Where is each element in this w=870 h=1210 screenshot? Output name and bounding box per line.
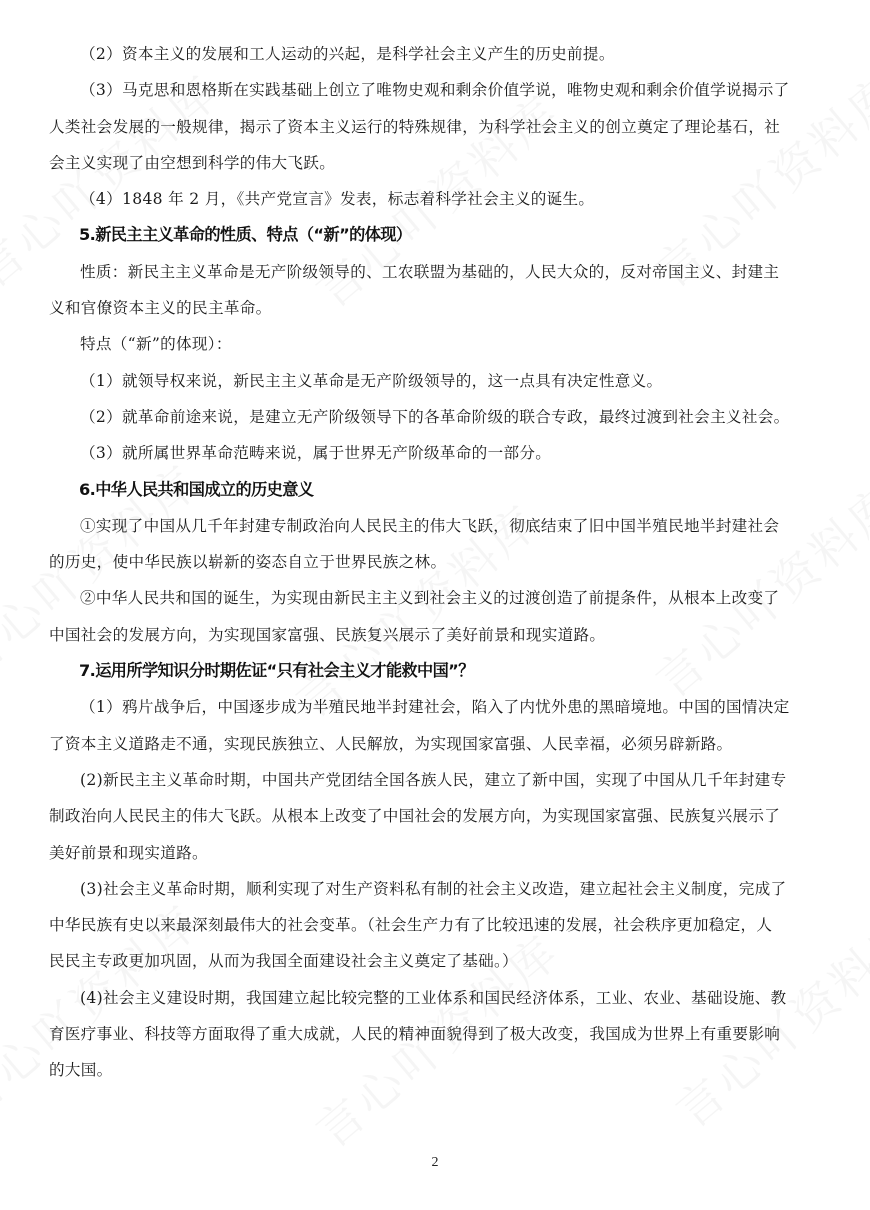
text-line: (4)社会主义建设时期，我国建立起比较完整的工业体系和国民经济体系，工业、农业、…: [49, 980, 811, 1016]
paragraph-significance-2: ②中华人民共和国的诞生，为实现由新民主主义到社会主义的过渡创造了前提条件，从根本…: [49, 580, 811, 653]
text-line: （4）1848 年 2 月，《共产党宣言》发表，标志着科学社会主义的诞生。: [49, 181, 811, 217]
text-line: 特点（“新”的体现）：: [49, 326, 811, 362]
text-line: （1）鸦片战争后，中国逐步成为半殖民地半封建社会，陷入了内忧外患的黑暗境地。中国…: [49, 689, 811, 725]
text-line: 义和官僚资本主义的民主革命。: [49, 290, 811, 326]
paragraph-features-label: 特点（“新”的体现）：: [49, 326, 811, 362]
text-line: 人类社会发展的一般规律，揭示了资本主义运行的特殊规律，为科学社会主义的创立奠定了…: [49, 109, 811, 145]
paragraph-significance-1: ①实现了中国从几千年封建专制政治向人民民主的伟大飞跃，彻底结束了旧中国半殖民地半…: [49, 508, 811, 581]
paragraph-period-1: （1）鸦片战争后，中国逐步成为半殖民地半封建社会，陷入了内忧外患的黑暗境地。中国…: [49, 689, 811, 762]
text-line: ①实现了中国从几千年封建专制政治向人民民主的伟大飞跃，彻底结束了旧中国半殖民地半…: [49, 508, 811, 544]
paragraph-feature-2: （2）就革命前途来说，是建立无产阶级领导下的各革命阶级的联合专政，最终过渡到社会…: [49, 399, 811, 435]
text-line: （2）资本主义的发展和工人运动的兴起，是科学社会主义产生的历史前提。: [49, 36, 811, 72]
text-line: 会主义实现了由空想到科学的伟大飞跃。: [49, 145, 811, 181]
paragraph-period-3: (3)社会主义革命时期，顺利实现了对生产资料私有制的社会主义改造，建立起社会主义…: [49, 871, 811, 980]
document-page: 言心吖资料库 言心吖资料库 言心吖资料库 言心吖资料库 言心吖资料库 言心吖资料…: [0, 0, 870, 1210]
paragraph-feature-1: （1）就领导权来说，新民主主义革命是无产阶级领导的，这一点具有决定性意义。: [49, 363, 811, 399]
text-line: 的大国。: [49, 1052, 811, 1088]
text-line: 中华民族有史以来最深刻最伟大的社会变革。（社会生产力有了比较迅速的发展，社会秩序…: [49, 907, 811, 943]
paragraph-item-4-manifesto: （4）1848 年 2 月，《共产党宣言》发表，标志着科学社会主义的诞生。: [49, 181, 811, 217]
paragraph-period-4: (4)社会主义建设时期，我国建立起比较完整的工业体系和国民经济体系，工业、农业、…: [49, 980, 811, 1089]
text-line: (2)新民主主义革命时期，中国共产党团结全国各族人民，建立了新中国，实现了中国从…: [49, 762, 811, 798]
section-heading-7: 7.运用所学知识分时期佐证“只有社会主义才能救中国”？: [49, 653, 811, 689]
text-line: 了资本主义道路走不通，实现民族独立、人民解放，为实现国家富强、人民幸福，必须另辟…: [49, 726, 811, 762]
text-line: 制政治向人民民主的伟大飞跃。从根本上改变了中国社会的发展方向，为实现国家富强、民…: [49, 798, 811, 834]
section-heading-6: 6.中华人民共和国成立的历史意义: [49, 472, 811, 508]
text-line: 性质：新民主主义革命是无产阶级领导的、工农联盟为基础的，人民大众的，反对帝国主义…: [49, 254, 811, 290]
text-line: 民民主专政更加巩固，从而为我国全面建设社会主义奠定了基础。）: [49, 943, 811, 979]
text-line: （1）就领导权来说，新民主主义革命是无产阶级领导的，这一点具有决定性意义。: [49, 363, 811, 399]
paragraph-nature: 性质：新民主主义革命是无产阶级领导的、工农联盟为基础的，人民大众的，反对帝国主义…: [49, 254, 811, 327]
text-line: ②中华人民共和国的诞生，为实现由新民主主义到社会主义的过渡创造了前提条件，从根本…: [49, 580, 811, 616]
paragraph-item-3-marx-engels: （3）马克思和恩格斯在实践基础上创立了唯物史观和剩余价值学说，唯物史观和剩余价值…: [49, 72, 811, 181]
text-line: (3)社会主义革命时期，顺利实现了对生产资料私有制的社会主义改造，建立起社会主义…: [49, 871, 811, 907]
text-line: （3）就所属世界革命范畴来说，属于世界无产阶级革命的一部分。: [49, 435, 811, 471]
text-line: 的历史，使中华民族以崭新的姿态自立于世界民族之林。: [49, 544, 811, 580]
text-line: 育医疗事业、科技等方面取得了重大成就，人民的精神面貌得到了极大改变，我国成为世界…: [49, 1016, 811, 1052]
paragraph-period-2: (2)新民主主义革命时期，中国共产党团结全国各族人民，建立了新中国，实现了中国从…: [49, 762, 811, 871]
text-line: （2）就革命前途来说，是建立无产阶级领导下的各革命阶级的联合专政，最终过渡到社会…: [49, 399, 811, 435]
document-body: （2）资本主义的发展和工人运动的兴起，是科学社会主义产生的历史前提。 （3）马克…: [49, 36, 811, 1089]
text-line: 美好前景和现实道路。: [49, 835, 811, 871]
paragraph-item-2-historical-premise: （2）资本主义的发展和工人运动的兴起，是科学社会主义产生的历史前提。: [49, 36, 811, 72]
text-line: （3）马克思和恩格斯在实践基础上创立了唯物史观和剩余价值学说，唯物史观和剩余价值…: [49, 72, 811, 108]
section-heading-5: 5.新民主主义革命的性质、特点（“新”的体现）: [49, 217, 811, 253]
text-line: 中国社会的发展方向，为实现国家富强、民族复兴展示了美好前景和现实道路。: [49, 617, 811, 653]
paragraph-feature-3: （3）就所属世界革命范畴来说，属于世界无产阶级革命的一部分。: [49, 435, 811, 471]
page-number: 2: [0, 1155, 870, 1171]
